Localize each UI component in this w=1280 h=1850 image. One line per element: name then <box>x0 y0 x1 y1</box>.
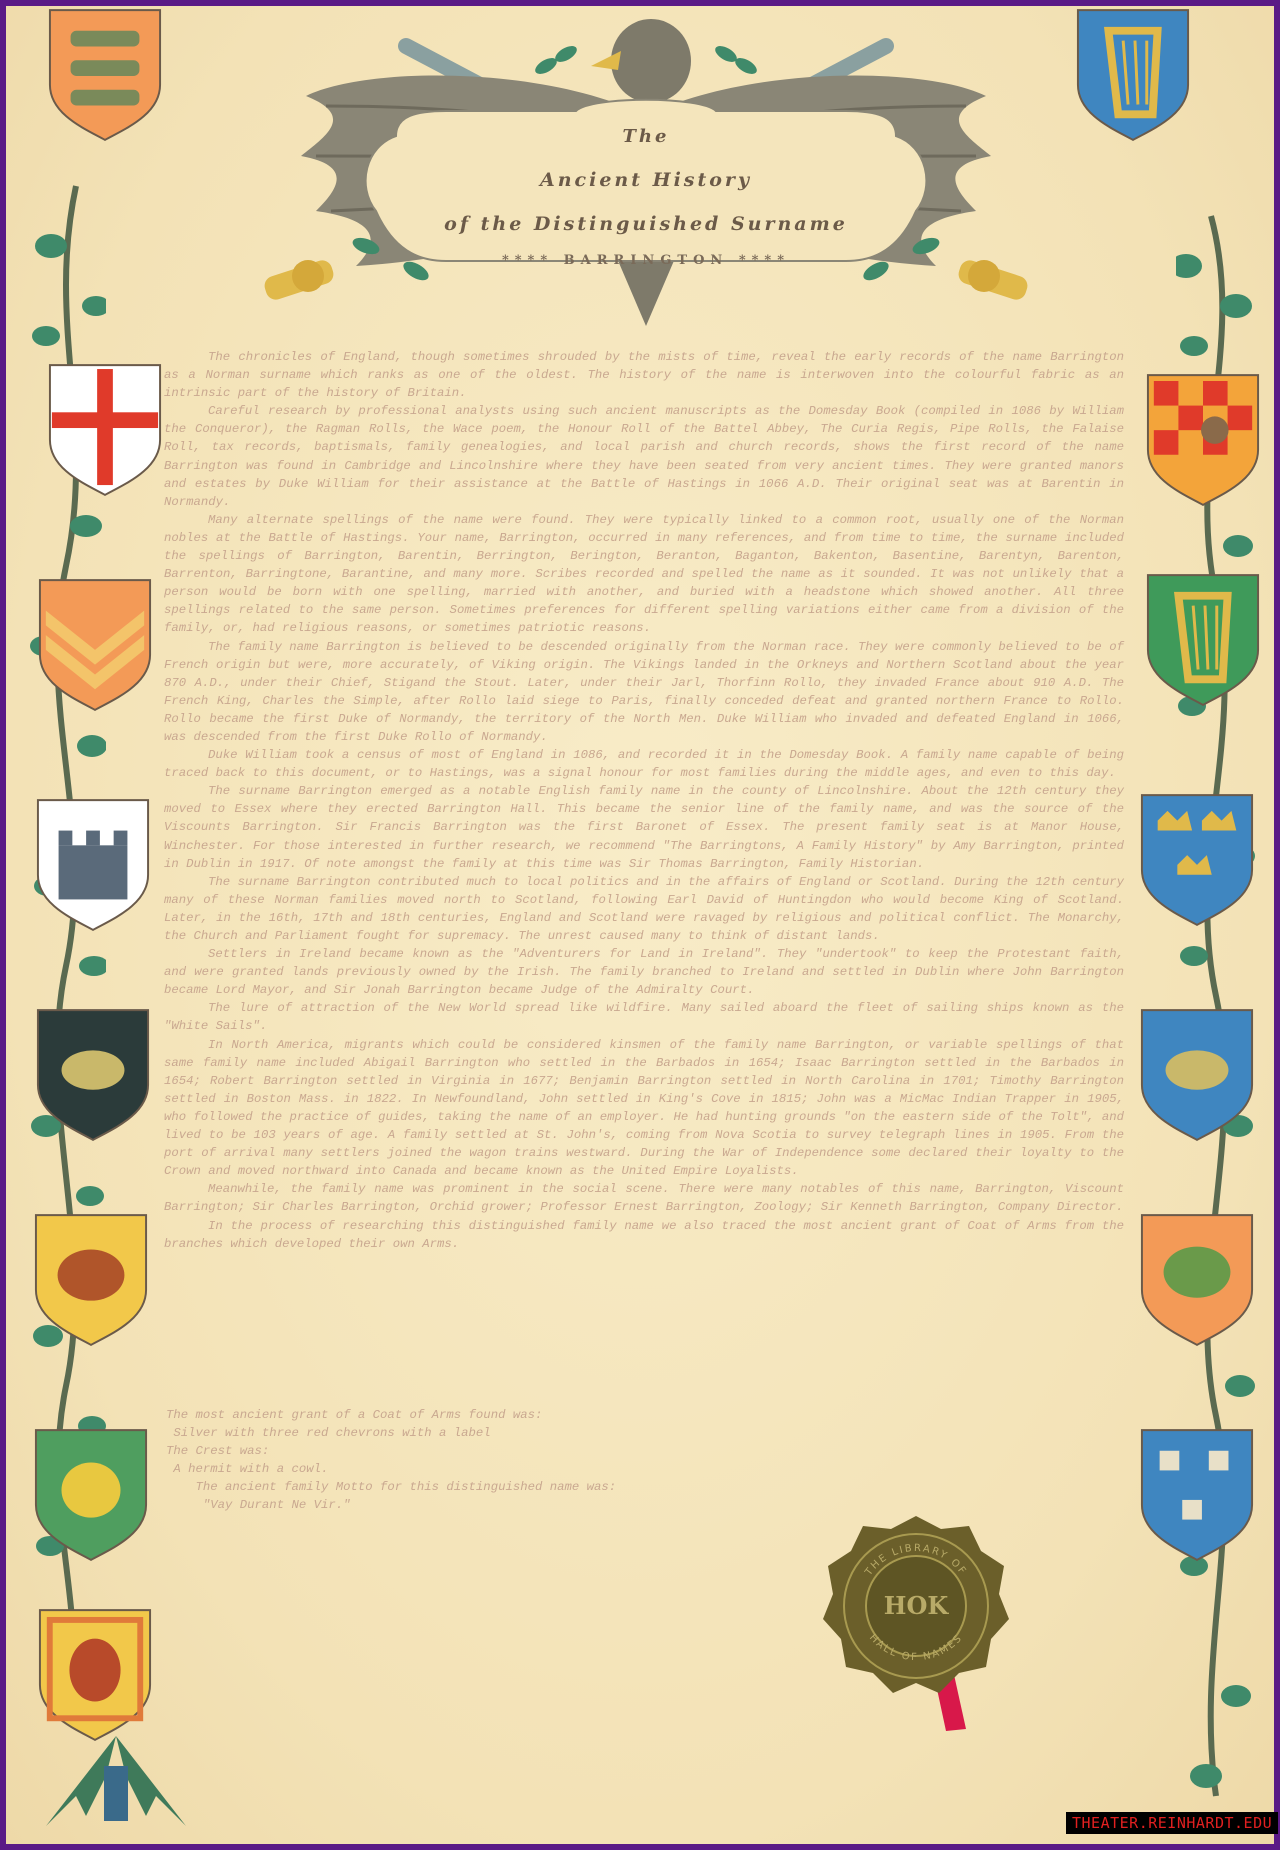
yellow-griffin-shield-icon <box>32 1211 150 1349</box>
coat-of-arms-description: The most ancient grant of a Coat of Arms… <box>166 1406 886 1515</box>
checky-shield-icon <box>1144 371 1262 509</box>
history-paragraph: The lure of attraction of the New World … <box>164 999 1124 1035</box>
history-paragraph: In North America, migrants which could b… <box>164 1036 1124 1181</box>
closing-line: The ancient family Motto for this distin… <box>166 1478 886 1496</box>
history-paragraph: Meanwhile, the family name was prominent… <box>164 1180 1124 1216</box>
green-harp-shield-icon <box>1144 571 1262 709</box>
castle-thistles-shield-icon <box>34 796 152 934</box>
orange-dragon-shield-icon <box>1138 1211 1256 1349</box>
title-line-1: The <box>346 126 946 147</box>
white-bird-shield-icon <box>1138 1006 1256 1144</box>
history-body-text: The chronicles of England, though someti… <box>164 348 1124 1253</box>
green-lion-shield-icon <box>32 1426 150 1564</box>
history-paragraph: In the process of researching this disti… <box>164 1217 1124 1253</box>
parchment-page: The Ancient History of the Distinguished… <box>6 6 1274 1844</box>
history-paragraph: Careful research by professional analyst… <box>164 402 1124 511</box>
chevrons-shield-icon <box>36 576 154 714</box>
black-eagle-shield-icon <box>34 1006 152 1144</box>
closing-line: "Vay Durant Ne Vir." <box>166 1496 886 1514</box>
thistle-icon <box>26 1736 206 1836</box>
england-lions-shield-icon <box>46 6 164 144</box>
ireland-harp-shield-icon <box>1074 6 1192 144</box>
history-paragraph: The surname Barrington contributed much … <box>164 873 1124 945</box>
source-watermark: THEATER.REINHARDT.EDU <box>1066 1812 1278 1834</box>
closing-line: Silver with three red chevrons with a la… <box>166 1424 886 1442</box>
document-title: The Ancient History of the Distinguished… <box>346 116 946 268</box>
surname-line: **** BARRINGTON **** <box>346 253 946 268</box>
history-paragraph: The chronicles of England, though someti… <box>164 348 1124 402</box>
closing-line: The most ancient grant of a Coat of Arms… <box>166 1406 886 1424</box>
history-paragraph: Duke William took a census of most of En… <box>164 746 1124 782</box>
st-george-cross-shield-icon <box>46 361 164 499</box>
blue-saltire-shield-icon <box>1138 1426 1256 1564</box>
title-line-3: of the Distinguished Surname <box>346 213 946 235</box>
history-paragraph: Settlers in Ireland became known as the … <box>164 945 1124 999</box>
scotland-lion-shield-icon <box>36 1606 154 1744</box>
closing-line: A hermit with a cowl. <box>166 1460 886 1478</box>
history-paragraph: The surname Barrington emerged as a nota… <box>164 782 1124 872</box>
seal-monogram: HOK <box>884 1591 950 1620</box>
three-crowns-shield-icon <box>1138 791 1256 929</box>
title-line-2: Ancient History <box>346 169 946 191</box>
gold-seal-icon: HOK THE LIBRARY OF HALL OF NAMES <box>821 1511 1011 1701</box>
closing-line: The Crest was: <box>166 1442 886 1460</box>
history-paragraph: Many alternate spellings of the name wer… <box>164 511 1124 638</box>
history-paragraph: The family name Barrington is believed t… <box>164 638 1124 747</box>
